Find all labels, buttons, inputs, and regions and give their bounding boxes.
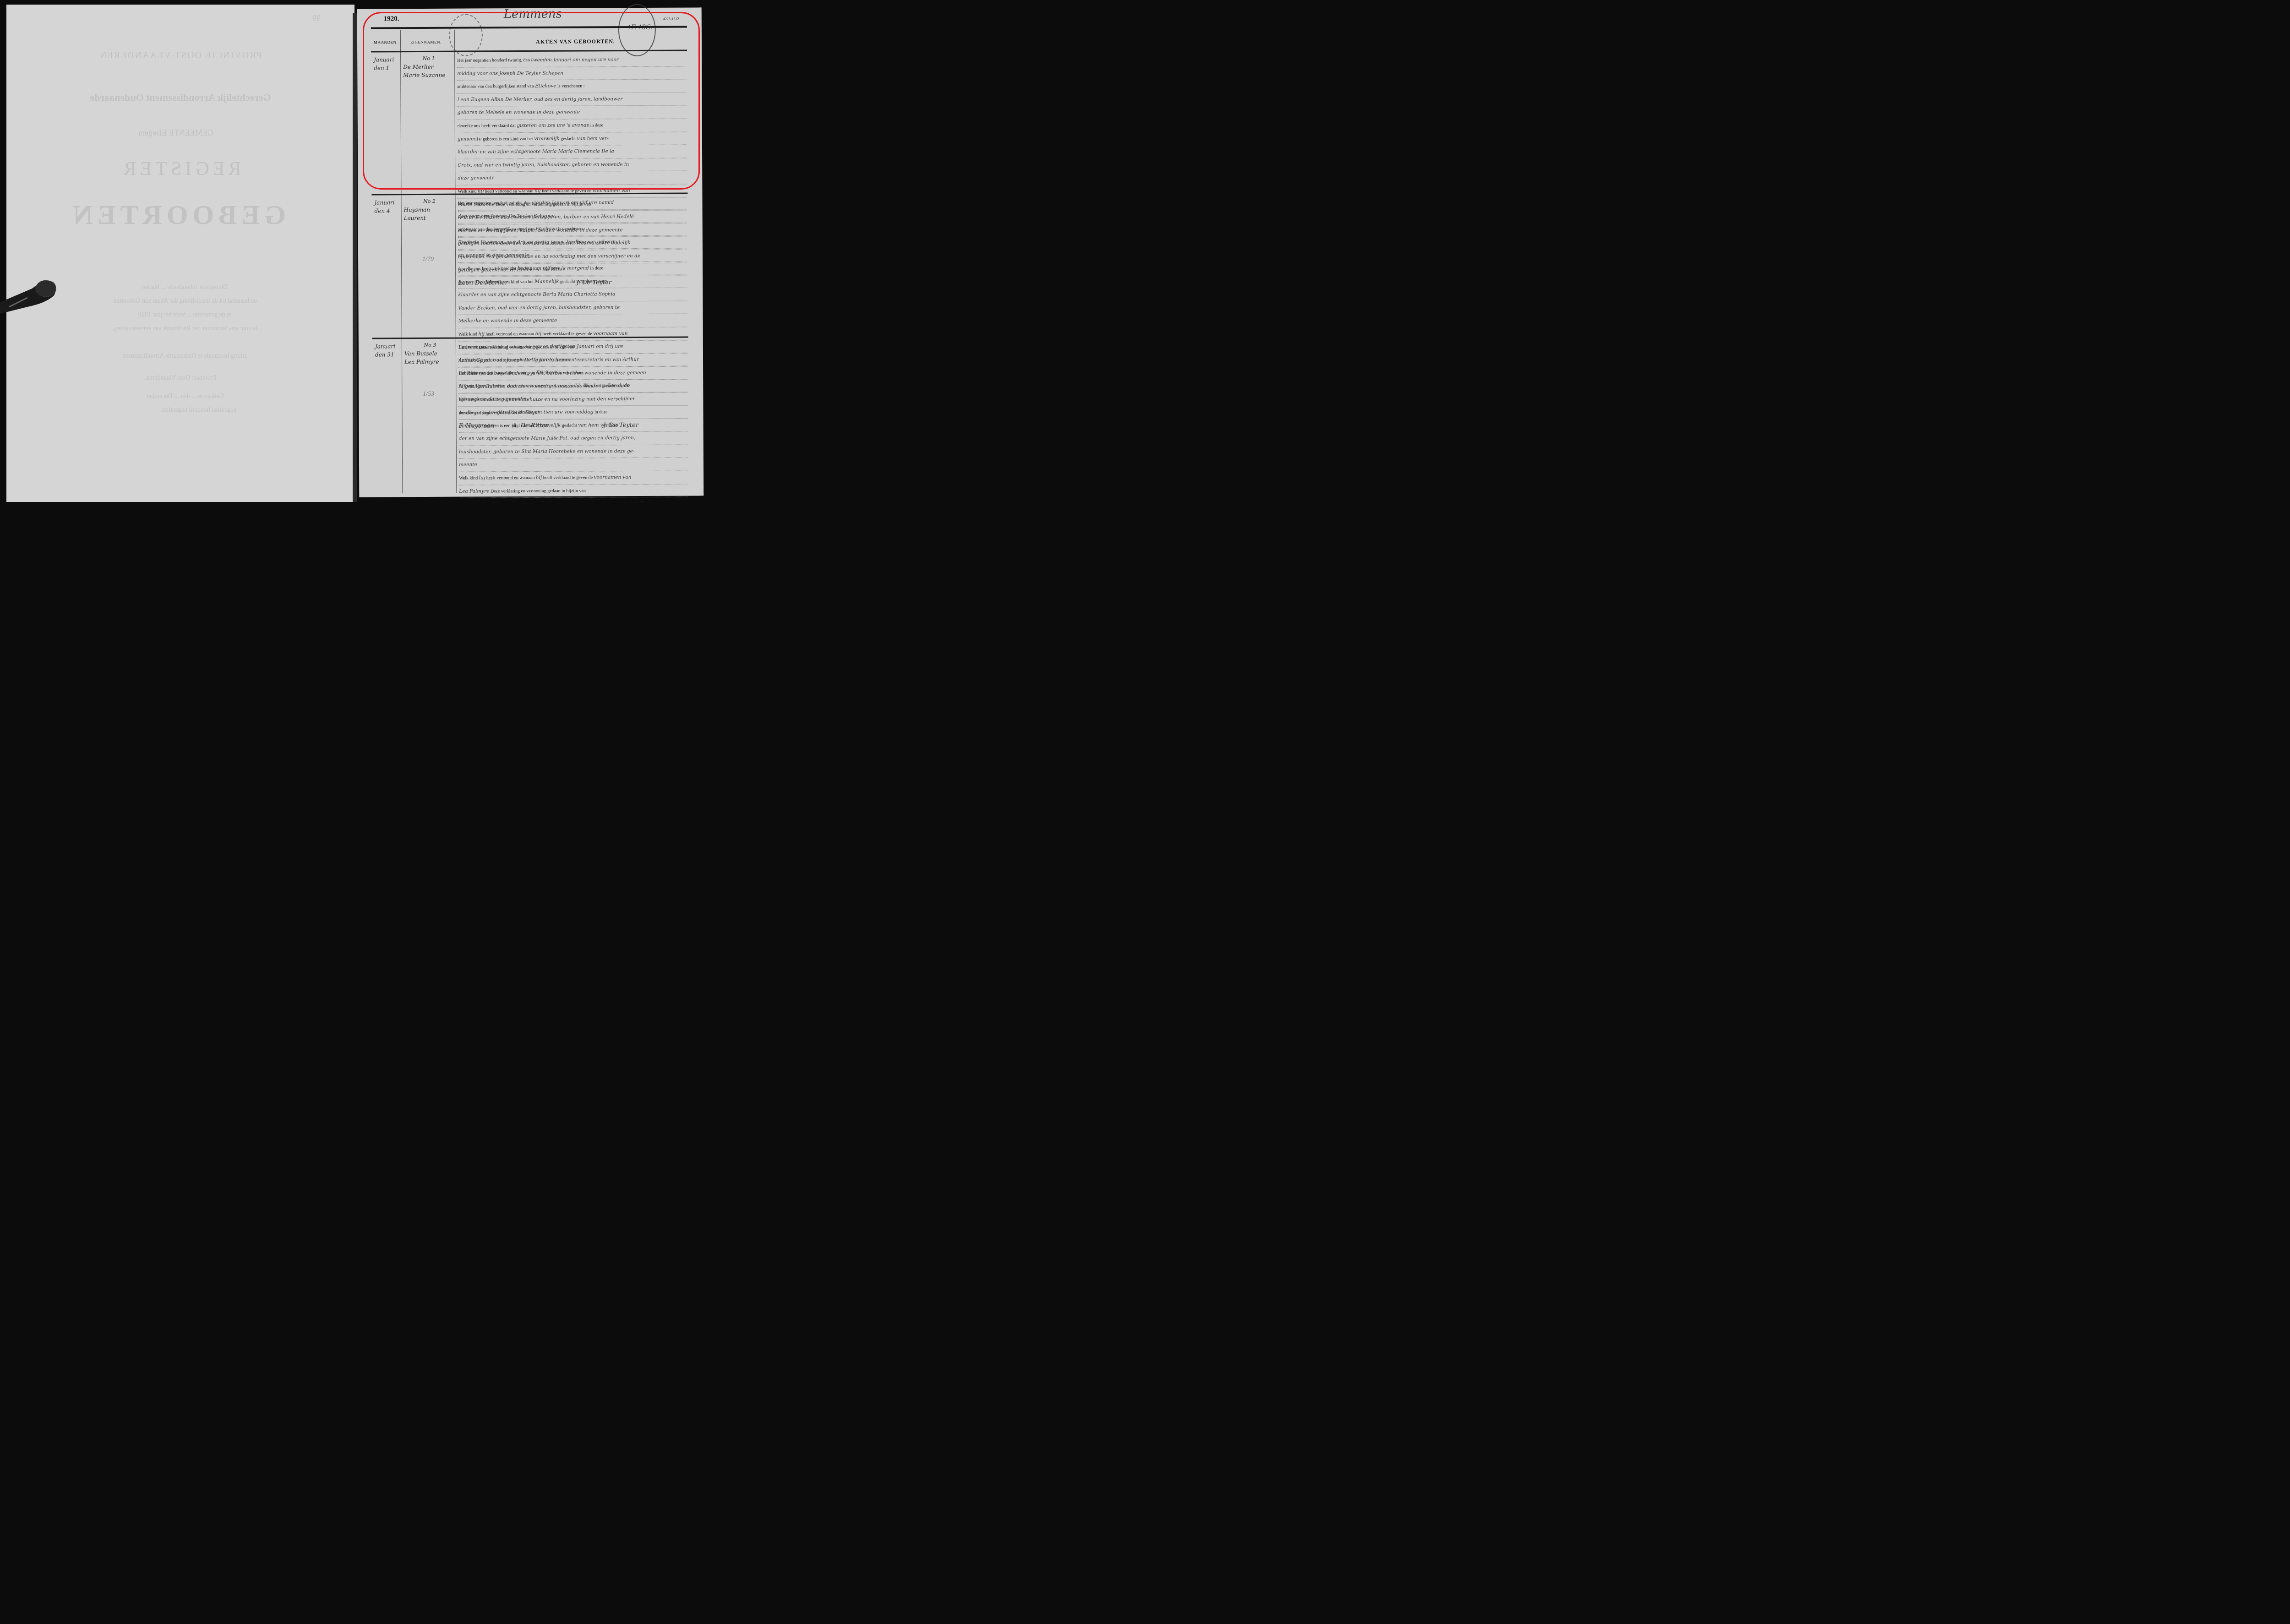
handwritten-text: wonende in deze gemeente	[458, 396, 525, 402]
printed-text: Het jaar negentien honderd twintig, den	[458, 344, 532, 350]
ghost-arrondissement: Gerechtelijk Arrondissement Oudenaarde	[75, 92, 286, 104]
ghost-geboorten: GEBOORTEN	[75, 199, 286, 231]
entry-month: Januari	[374, 55, 399, 64]
binding-clip	[0, 275, 60, 316]
printed-text: ambtenaar van den burgerlijken stand van	[457, 84, 535, 89]
handwritten-text: Etichove	[535, 83, 556, 89]
birth-register-table: MAANDEN. EIGENNAMEN. AKTEN VAN GEBOORTEN…	[371, 29, 689, 494]
handwritten-text: geboren te Melsele en wonende in deze ge…	[458, 109, 580, 115]
entry-given-names: Marie Suzanne	[403, 71, 454, 79]
column-header-names: EIGENNAMEN.	[410, 40, 442, 44]
printed-text: in deze	[593, 409, 607, 414]
handwritten-text: heden om vijf ure 's morgend	[518, 265, 589, 271]
handwritten-text: hij	[478, 331, 484, 337]
handwritten-text: klaarder en van zijne echtgenoote Maria …	[458, 148, 614, 154]
entry-surname: Huysman	[404, 206, 455, 214]
ghost-line: is door ons Voorzitter der Rechtbank van…	[61, 325, 309, 332]
ghost-line: Dit register inhoudende ... bladen	[61, 284, 309, 291]
printed-text: Welk kind	[458, 332, 479, 337]
ghost-register: REGISTER	[89, 158, 272, 180]
handwritten-text: der en van zijne echtgenoote Marie Julie…	[459, 435, 636, 441]
handwritten-text: Alfons Van Butsele, oud zes en veertig j…	[458, 383, 630, 389]
column-header-acts: AKTEN VAN GEBOORTEN.	[536, 38, 615, 45]
handwritten-text: vrouwelijk	[535, 422, 561, 428]
printed-text: geboren is een kind van het	[482, 279, 535, 285]
handwritten-text: dag voor ons Joseph De Teyter Schepen	[458, 213, 555, 219]
ghost-page-number: 99	[312, 14, 321, 23]
birth-entry-1: Januari den 1 No 1 De Merlier Marie Suza…	[371, 53, 687, 54]
handwritten-text: en wonend in deze gemeente	[458, 252, 529, 258]
handwritten-text: Etichove	[536, 226, 557, 232]
ghost-line: negentien honderd negentien.	[125, 407, 272, 414]
handwritten-text: hij	[479, 475, 485, 480]
handwritten-text: hij	[536, 475, 542, 480]
ghost-line: zitting houdende te Oudenaarde Arrondiss…	[61, 353, 309, 360]
right-page: 1920. Lemmens 4228-1312 1F. 10C. MAANDEN…	[357, 7, 704, 497]
entry-day: den 31	[375, 350, 401, 359]
left-page: 99 PROVINCIE OOST-VLAANDEREN Gerechtelij…	[6, 5, 354, 502]
entry-surname: De Merlier	[403, 63, 454, 71]
printed-text: geslacht	[559, 279, 577, 284]
handwritten-text: middag voor ons Joseph De Teyter Schepen	[457, 70, 563, 76]
printed-text: geboren is een kind van het	[483, 423, 535, 429]
handwritten-text: van hem ver-	[577, 136, 608, 141]
margin-reference: 1/53	[423, 391, 434, 398]
handwritten-text: vrouwelijk	[534, 136, 560, 141]
printed-text: geboren is een kind van het	[481, 136, 534, 142]
ghost-line: en bestemd tot de inschrijving der Akten…	[61, 298, 309, 305]
printed-text: heeft verklaard te geven de	[541, 331, 593, 336]
printed-text: geslacht	[560, 136, 577, 141]
entry-given-names: Laurent	[404, 214, 455, 222]
printed-text: is verschenen :	[556, 84, 585, 89]
entry-number: No 1	[403, 54, 454, 63]
printed-text: Het jaar negentien honderd twintig, den	[458, 201, 532, 206]
ghost-line: in de gemeente ... voor het jaar 1920	[61, 311, 309, 319]
handwritten-text: gemeente	[458, 136, 482, 142]
printed-text: Het jaar negentien honderd twintig, den	[457, 58, 531, 63]
column-header-months: MAANDEN.	[374, 40, 398, 44]
handwritten-text: Croix, oud vier en twintig jaren, huisho…	[458, 162, 629, 168]
handwritten-text: hij	[535, 331, 541, 337]
printed-text: heeft vertoond en waaraan	[485, 332, 535, 337]
handwritten-text: heden om tien ure voormiddag	[518, 409, 593, 415]
handwritten-text: tweeden Januari om negen ure voor	[531, 57, 618, 63]
handwritten-text: namiddag voor ons Joseph De Teyter Schep…	[458, 357, 571, 363]
printed-text: heeft vertoond en waaraan	[485, 475, 536, 480]
entry-names: No 1 De Merlier Marie Suzanne	[403, 54, 454, 79]
handwritten-text: Etichove	[536, 370, 557, 376]
ghost-line: Provincie Oost-Vlaanderen.	[107, 375, 254, 382]
entry-day: den 4	[375, 207, 400, 215]
entry-names: No 3 Van Butsele Lea Palmyre	[404, 341, 456, 366]
margin-reference: 1/79	[422, 256, 434, 263]
handwritten-text: Lea Palmyre	[459, 488, 489, 494]
handwritten-text: van hem verklaa	[578, 422, 618, 428]
ghost-province: PROVINCIE OOST-VLAANDEREN	[89, 50, 272, 61]
printed-text: dewelke ons heeft verklaard dat	[459, 410, 518, 415]
handwritten-text: Mannelijk	[534, 278, 559, 284]
form-code: 4228-1312	[663, 17, 679, 21]
entry-number: No 2	[403, 197, 455, 206]
column-divider	[454, 30, 457, 493]
handwritten-text: gemeente	[458, 279, 482, 284]
entry-date: Januari den 4	[374, 198, 400, 215]
printed-text: in deze	[589, 123, 603, 128]
handwritten-text: gisteren om zes ure 's avonds	[517, 122, 589, 128]
handwritten-text: Melkerke en wonende in deze gemeente	[458, 318, 557, 324]
handwritten-text: meente	[459, 462, 477, 468]
printed-text: ambtenaar van den burgerlijken stand van	[458, 371, 536, 376]
handwritten-text: klaarder en van zijne echtgenoote Berta …	[458, 291, 615, 297]
entry-date: Januari den 1	[374, 55, 399, 72]
entry-text: Het jaar negentien honderd twintig, den …	[458, 340, 688, 502]
column-divider	[400, 30, 403, 493]
printed-text: in deze	[589, 266, 603, 271]
printed-text: is verschenen :	[557, 227, 585, 232]
handwritten-text: van hem ver-	[576, 278, 608, 284]
entry-month: Januari	[375, 342, 401, 350]
entry-number: No 3	[404, 341, 456, 349]
register-year: 1920.	[384, 15, 399, 23]
printed-text: Deze verklaring en vertooning gedaan in …	[489, 488, 586, 494]
printed-text: dewelke ons heeft verklaard dat	[458, 266, 518, 272]
handwritten-text: Leon Eugeen Albin De Merlier, oud zes en…	[458, 96, 623, 103]
handwritten-text: Vander Eecken, oud vier en dertig jaren,…	[458, 305, 620, 311]
header-rule-bottom	[371, 50, 687, 53]
header-signature: Lemmens	[504, 7, 562, 22]
entry-date: Januari den 31	[375, 342, 401, 359]
ghost-gemeente: GEMEENTE Elsegem	[66, 128, 286, 138]
entry-names: No 2 Huysman Laurent	[403, 197, 455, 222]
entry-surname: Van Butsele	[404, 349, 456, 358]
book-gutter	[353, 13, 357, 502]
printed-text: Welk kind	[459, 475, 479, 480]
handwritten-text: een en dertigsten Januari om drij ure	[532, 343, 623, 349]
printed-text: dewelke ons heeft verklaard dat	[458, 123, 517, 129]
entry-given-names: Lea Palmyre	[404, 358, 456, 366]
printed-text: ambtenaar van den burgerlijken stand van	[458, 227, 536, 232]
handwritten-text: Frederic Huysman, oud drij en dertig jar…	[458, 239, 617, 245]
printed-text: geslacht	[561, 423, 578, 428]
handwritten-text: vierden Januari om vijf ure namid	[532, 200, 614, 206]
handwritten-text: voornamen van	[594, 474, 632, 480]
ghost-line: Gedaan te ... den ... December	[61, 393, 309, 400]
entry-month: Januari	[374, 198, 400, 207]
handwritten-text: huishoudster, geboren te Sint Maria Hoor…	[459, 448, 635, 455]
printed-text: is verschenen :	[557, 371, 586, 376]
printed-text: heeft verklaard te geven de	[542, 475, 594, 480]
entry-day: den 1	[374, 64, 399, 72]
handwritten-text: voornaam van	[593, 331, 627, 336]
handwritten-text: Alfred De Wonder, oud negen en dertig ja…	[459, 501, 654, 502]
handwritten-text: deze gemeente	[458, 175, 495, 181]
handwritten-text: gemeente	[459, 423, 483, 428]
